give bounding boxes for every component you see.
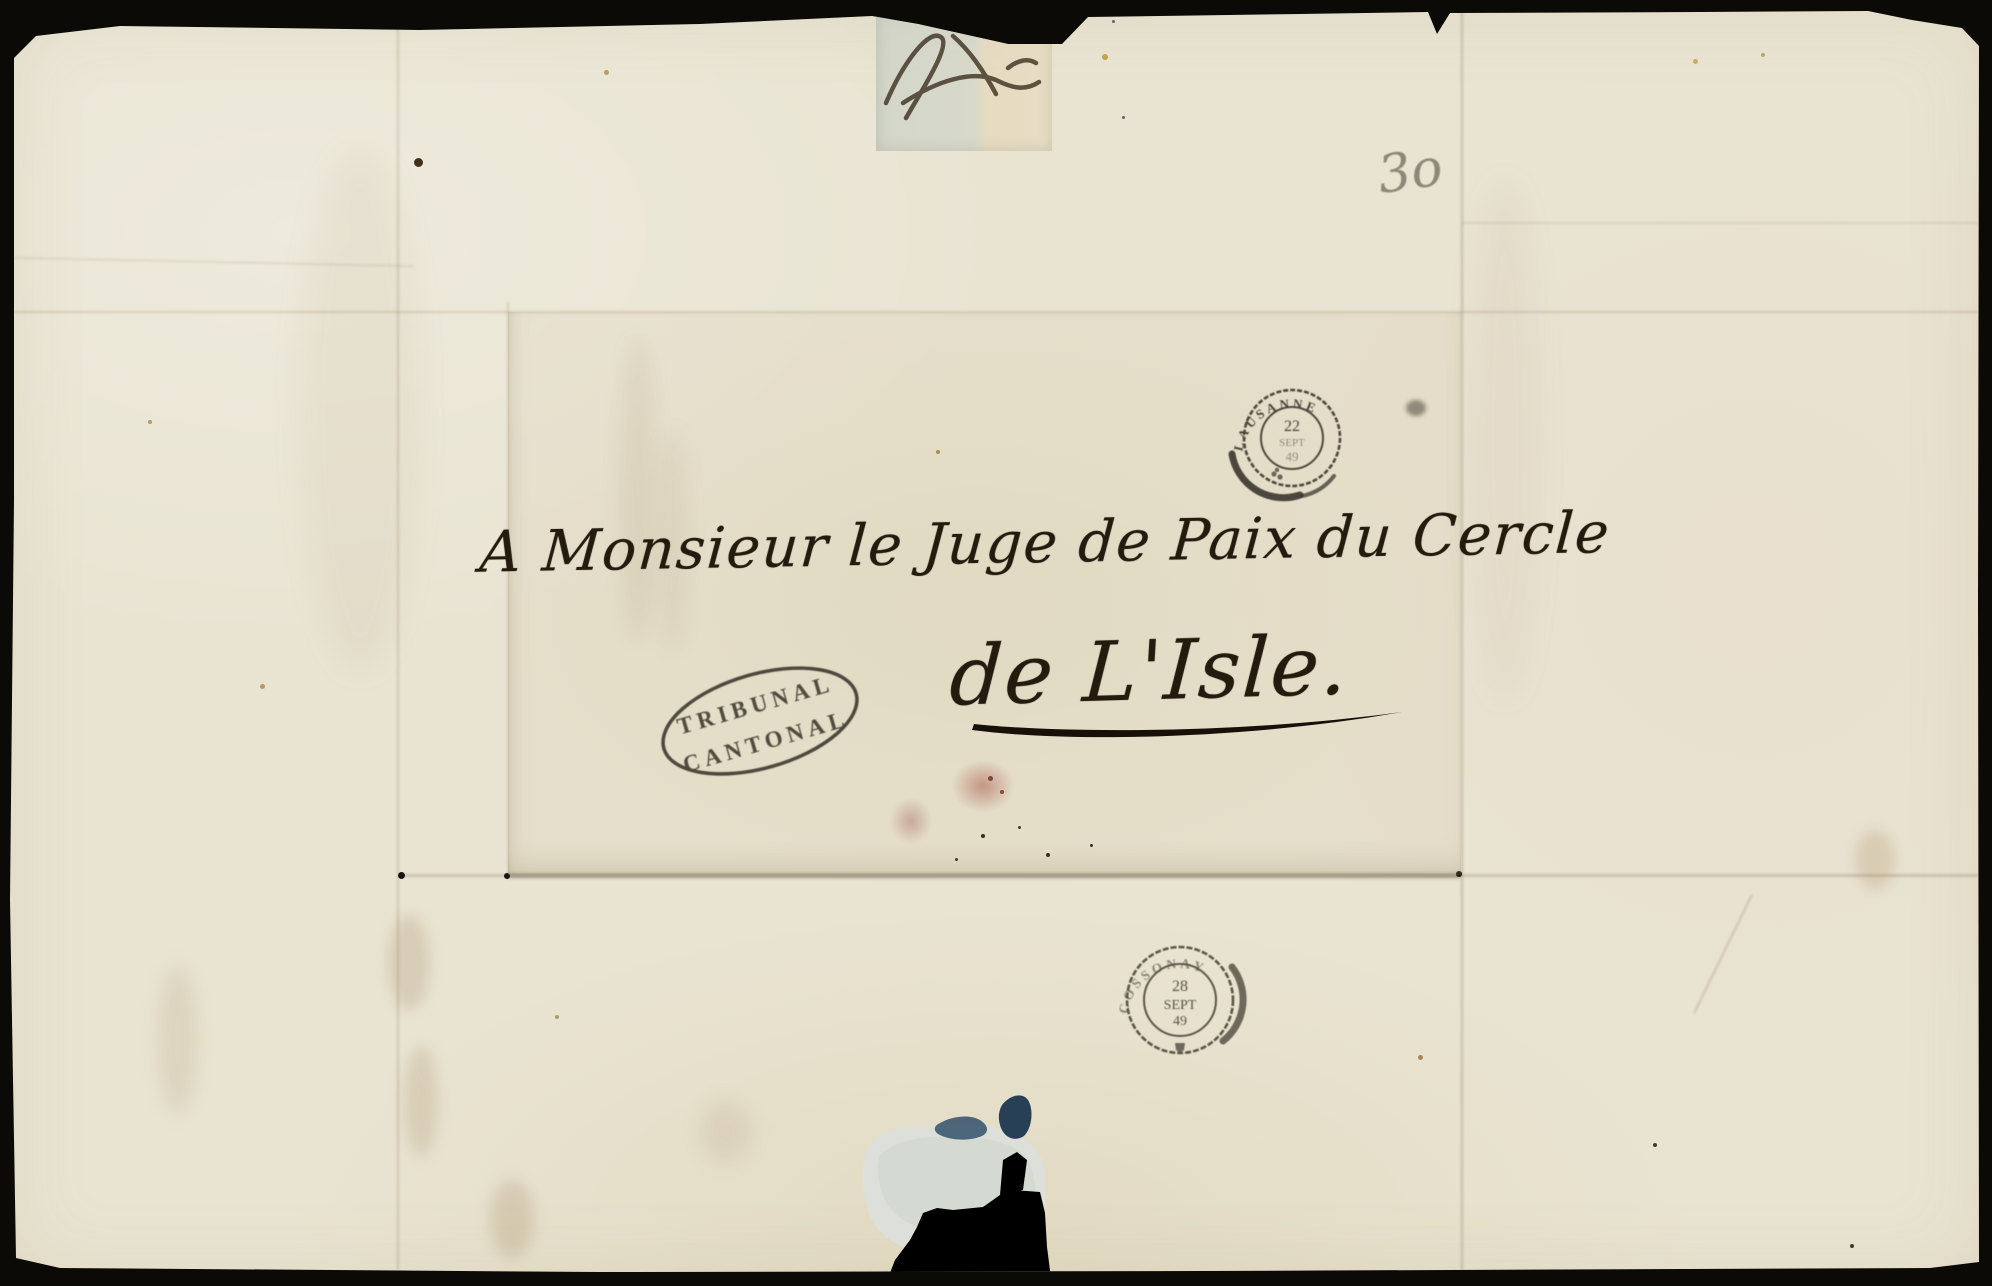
bleedthrough-stain (700, 1100, 752, 1162)
ink-scribble-on-patch (858, 8, 1072, 160)
foxing-spot (1046, 853, 1050, 857)
ink-dot (398, 872, 405, 879)
bleedthrough-stain (388, 915, 430, 1010)
foxing-spot (981, 834, 985, 838)
foxing-spot (604, 70, 609, 75)
bleedthrough-stain (300, 150, 420, 670)
letter-paper: 3o A Monsieur le Juge de Paix du Cercle … (0, 0, 1992, 1286)
scratch-diagonal-right (1693, 894, 1753, 1014)
foxing-blotch (1855, 830, 1895, 890)
postmark-month: SEPT (1164, 998, 1197, 1013)
lausanne-postmark: LAUSANNE 22 SEPT 49 (1222, 368, 1362, 513)
postmark-ornament (1175, 1043, 1185, 1053)
bleedthrough-stain (490, 1180, 534, 1258)
pencil-note: 3o (1374, 138, 1446, 206)
foxing-spot (260, 684, 265, 689)
scanned-letter-backside: 3o A Monsieur le Juge de Paix du Cercle … (0, 0, 1992, 1286)
foxing-spot (1693, 59, 1698, 64)
blue-ink-stain (935, 1116, 987, 1139)
foxing-spot (936, 450, 940, 454)
bleedthrough-stain (1470, 180, 1540, 700)
foxing-spot (1102, 54, 1108, 60)
foxing-spot (148, 420, 152, 424)
scribble-stroke (903, 76, 1039, 103)
ink-mark-near-postmark (1406, 400, 1426, 416)
fold-crease-vertical-right (1461, 12, 1463, 1270)
postmark-smudge-arc (1302, 476, 1334, 496)
scribble-stroke (1008, 60, 1036, 68)
blue-ink-speck (1122, 116, 1125, 119)
svg-text:LAUSANNE: LAUSANNE (1230, 396, 1320, 453)
red-ink-smudge (952, 760, 1014, 812)
fold-crease-horizontal-top-right-faint (1462, 222, 1978, 224)
foxing-spot (1653, 1143, 1657, 1147)
foxing-spot (1418, 1055, 1423, 1060)
bleedthrough-stain (404, 1045, 438, 1157)
red-ink-smudge (890, 798, 932, 844)
foxing-spot (1761, 53, 1765, 57)
postmark-ornament (1271, 468, 1282, 480)
postmark-year: 49 (1173, 1014, 1187, 1029)
foxing-spot (955, 858, 958, 861)
scribble-stroke (886, 36, 943, 118)
foxing-spot (1850, 1244, 1854, 1248)
postmark-day: 28 (1172, 978, 1188, 995)
underline-stroke (972, 712, 1402, 737)
scribble-stroke (953, 36, 996, 94)
postmark-town: LAUSANNE (1230, 396, 1320, 453)
foxing-spot (555, 1015, 559, 1019)
postmark-year: 49 (1286, 449, 1299, 464)
fold-crease-vertical-left (397, 14, 399, 1270)
postmark-day: 22 (1284, 418, 1300, 435)
red-ink-speck (1000, 790, 1004, 794)
bleedthrough-stain (620, 340, 656, 640)
foxing-spot (414, 158, 423, 167)
blue-ink-speck (1112, 20, 1115, 23)
foxing-spot (1018, 826, 1021, 829)
cossonay-postmark: COSSONAY 28 SEPT 49 (1105, 925, 1255, 1075)
foxing-spot (1090, 844, 1093, 847)
red-ink-speck (988, 776, 993, 781)
bottom-tear-area (840, 1080, 1140, 1286)
bleedthrough-stain (158, 965, 198, 1115)
postmark-month: SEPT (1279, 437, 1305, 449)
address-underline-flourish (950, 698, 1420, 750)
blue-ink-stain-dark (999, 1095, 1032, 1138)
